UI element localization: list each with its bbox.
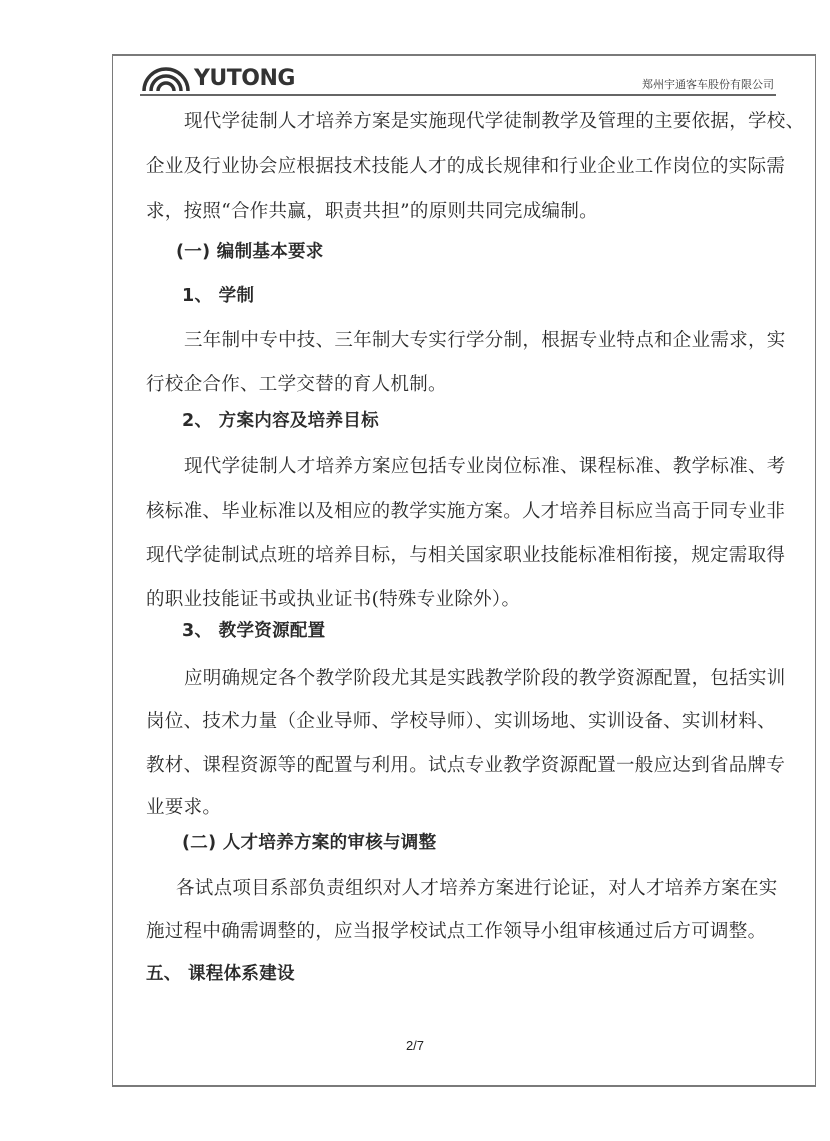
- company-name: 郑州宇通客车股份有限公司: [642, 76, 774, 92]
- page-header: YUTONG 郑州宇通客车股份有限公司: [140, 62, 776, 96]
- item-1-heading: 1、 学制: [182, 282, 254, 307]
- item-2-heading: 2、 方案内容及培养目标: [182, 407, 379, 432]
- intro-line-2: 企业及行业协会应根据技术技能人才的成长规律和行业企业工作岗位的实际需: [146, 152, 785, 178]
- intro-line-3: 求，按照“合作共赢，职责共担”的原则共同完成编制。: [146, 197, 598, 223]
- section-2-heading: (二) 人才培养方案的审核与调整: [182, 829, 436, 854]
- item-3-line-2: 岗位、技术力量（企业导师、学校导师）、实训场地、实训设备、实训材料、: [146, 707, 776, 733]
- item-2-line-4: 的职业技能证书或执业证书(特殊专业除外）。: [146, 585, 520, 611]
- item-3-line-1: 应明确规定各个教学阶段尤其是实践教学阶段的教学资源配置，包括实训: [184, 664, 786, 690]
- item-2-line-1: 现代学徒制人才培养方案应包括专业岗位标准、课程标准、教学标准、考: [184, 452, 786, 478]
- page-number: 2/7: [0, 1038, 830, 1053]
- item-2-line-3: 现代学徒制试点班的培养目标，与相关国家职业技能标准相衔接，规定需取得: [146, 541, 785, 567]
- yutong-arch-icon: [140, 65, 192, 91]
- item-3-line-4: 业要求。: [146, 793, 221, 819]
- yutong-logo: YUTONG: [140, 64, 295, 92]
- chapter-5-heading: 五、 课程体系建设: [146, 960, 295, 985]
- item-1-line-1: 三年制中专中技、三年制大专实行学分制，根据专业特点和企业需求，实: [184, 326, 786, 352]
- item-3-line-3: 教材、课程资源等的配置与利用。试点专业教学资源配置一般应达到省品牌专: [146, 751, 785, 777]
- intro-line-1: 现代学徒制人才培养方案是实施现代学徒制教学及管理的主要依据，学校、: [184, 107, 804, 133]
- item-3-heading: 3、 教学资源配置: [182, 617, 325, 642]
- item-1-line-2: 行校企合作、工学交替的育人机制。: [146, 370, 447, 396]
- section-1-heading: (一) 编制基本要求: [176, 238, 324, 263]
- logo-text: YUTONG: [194, 66, 295, 91]
- section-2-line-1: 各试点项目系部负责组织对人才培养方案进行论证，对人才培养方案在实: [176, 874, 778, 900]
- section-2-line-2: 施过程中确需调整的，应当报学校试点工作领导小组审核通过后方可调整。: [146, 917, 766, 943]
- item-2-line-2: 核标准、毕业标准以及相应的教学实施方案。人才培养目标应当高于同专业非: [146, 497, 785, 523]
